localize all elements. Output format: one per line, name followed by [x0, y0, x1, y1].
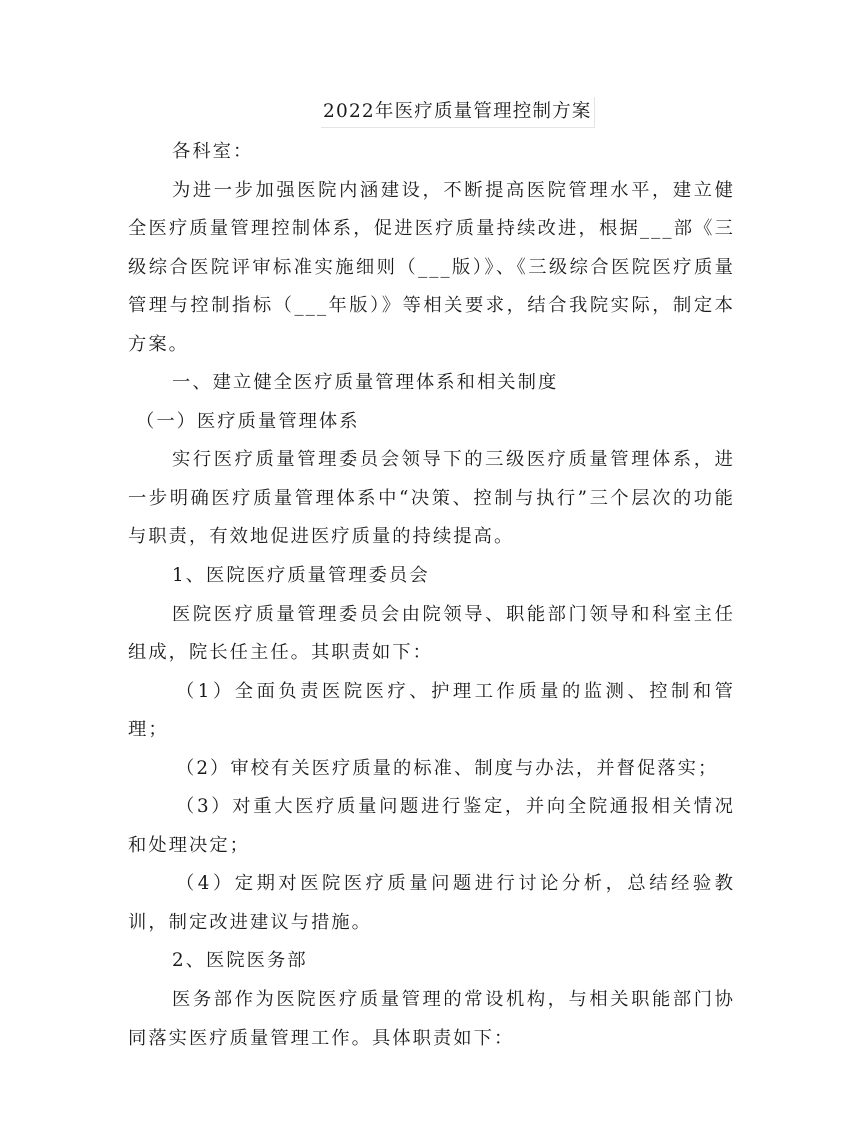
subsection-heading-1-1: （一）医疗质量管理体系: [128, 403, 735, 442]
section-heading-1: 一、建立健全医疗质量管理体系和相关制度: [128, 364, 735, 403]
intro-paragraph: 为进一步加强医院内涵建设，不断提高医院管理水平，建立健全医疗质量管理控制体系，促…: [128, 172, 735, 365]
document-title: 2022年医疗质量管理控制方案: [321, 97, 595, 128]
document-page: 2022年医疗质量管理控制方案 各科室： 为进一步加强医院内涵建设，不断提高医院…: [0, 0, 867, 1122]
duty-item-2: （2）审校有关医疗质量的标准、制度与办法，并督促落实；: [128, 750, 735, 789]
heading-quality-committee: 1、医院医疗质量管理委员会: [128, 557, 735, 596]
document-body: 各科室： 为进一步加强医院内涵建设，不断提高医院管理水平，建立健全医疗质量管理控…: [128, 133, 735, 1058]
duty-item-4: （4）定期对医院医疗质量问题进行讨论分析，总结经验教训，制定改进建议与措施。: [128, 865, 735, 942]
system-paragraph: 实行医疗质量管理委员会领导下的三级医疗质量管理体系，进一步明确医疗质量管理体系中…: [128, 441, 735, 557]
duty-item-1: （1）全面负责医院医疗、护理工作质量的监测、控制和管理；: [128, 673, 735, 750]
salutation: 各科室：: [128, 133, 735, 172]
heading-medical-dept: 2、医院医务部: [128, 942, 735, 981]
committee-paragraph: 医院医疗质量管理委员会由院领导、职能部门领导和科室主任组成，院长任主任。其职责如…: [128, 596, 735, 673]
medical-dept-paragraph: 医务部作为医院医疗质量管理的常设机构，与相关职能部门协同落实医疗质量管理工作。具…: [128, 981, 735, 1058]
duty-item-3: （3）对重大医疗质量问题进行鉴定，并向全院通报相关情况和处理决定；: [128, 788, 735, 865]
